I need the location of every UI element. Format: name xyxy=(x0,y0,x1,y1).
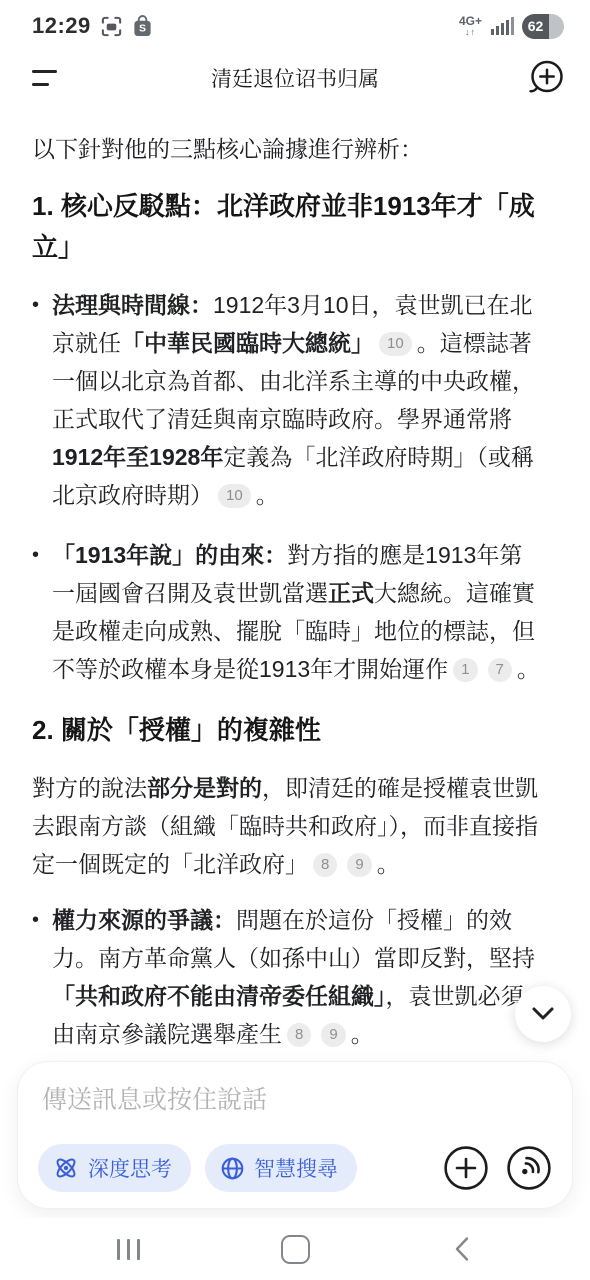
svg-text:S: S xyxy=(139,22,146,34)
bold-text: 「共和政府不能由清帝委任組織」 xyxy=(52,983,386,1009)
bold-text: 正式 xyxy=(328,580,374,606)
deep-think-label: 深度思考 xyxy=(88,1153,172,1183)
back-button[interactable] xyxy=(442,1229,482,1269)
scroll-to-bottom-button[interactable] xyxy=(515,986,571,1042)
text: 2. 關於「授權」的複雜性 xyxy=(32,715,321,745)
bold-text: 「1913年說」的由來： xyxy=(52,542,287,568)
text: 以下針對他的三點核心論據進行辨析： xyxy=(32,136,423,162)
text: 。 xyxy=(351,1021,374,1047)
list-item: •「1913年說」的由來：對方指的應是1913年第一屆國會召開及袁世凱當選正式大… xyxy=(32,536,554,688)
deep-think-button[interactable]: 深度思考 xyxy=(38,1144,191,1192)
bullet-marker: • xyxy=(32,286,52,514)
add-attachment-button[interactable] xyxy=(443,1145,489,1191)
citation-badge[interactable]: 9 xyxy=(321,1023,345,1047)
system-nav-bar xyxy=(0,1218,590,1280)
paragraph: 對方的說法部分是對的，即清廷的確是授權袁世凱去跟南方談（組織「臨時共和政府」），… xyxy=(32,769,554,883)
smart-search-button[interactable]: 智慧搜尋 xyxy=(205,1144,357,1192)
phone-screen: 12:29 S 4G+ xyxy=(0,0,590,1280)
citation-badge[interactable]: 10 xyxy=(379,332,412,356)
content: 以下針對他的三點核心論據進行辨析：1. 核心反駁點：北洋政府並非1913年才「成… xyxy=(0,104,590,1053)
citation-badge[interactable]: 9 xyxy=(347,853,371,877)
screenshot-icon xyxy=(100,15,123,38)
section-heading: 1. 核心反駁點：北洋政府並非1913年才「成立」 xyxy=(32,186,554,268)
page-title: 清廷退位诏书归属 xyxy=(0,63,590,93)
recents-icon xyxy=(117,1239,140,1260)
citation-badge[interactable]: 10 xyxy=(218,484,251,508)
text: 。 xyxy=(256,482,279,508)
citation-badge[interactable]: 8 xyxy=(313,853,337,877)
app-header: 清廷退位诏书归属 xyxy=(0,52,590,104)
citation-badge[interactable]: 8 xyxy=(287,1023,311,1047)
network-type-indicator: 4G+ ↓↑ xyxy=(459,15,482,37)
list-item: •權力來源的爭議：問題在於這份「授權」的效力。南方革命黨人（如孫中山）當即反對，… xyxy=(32,901,554,1053)
paragraph: 以下針對他的三點核心論據進行辨析： xyxy=(32,130,554,168)
status-bar: 12:29 S 4G+ xyxy=(0,0,590,52)
bold-text: 法理與時間線： xyxy=(52,292,213,318)
citation-badge[interactable]: 7 xyxy=(488,658,512,682)
bullet-marker: • xyxy=(32,536,52,688)
bold-text: 部分是對的 xyxy=(147,775,262,801)
text: 。 xyxy=(377,851,400,877)
back-chevron-icon xyxy=(454,1236,470,1262)
text: 對方的說法 xyxy=(32,775,147,801)
bold-text: 1912年至1928年 xyxy=(52,444,223,470)
composer-card: 深度思考 智慧搜尋 xyxy=(18,1062,572,1208)
text: 。 xyxy=(517,656,540,682)
signal-bars-icon xyxy=(490,16,514,36)
smart-search-label: 智慧搜尋 xyxy=(254,1153,338,1183)
clock: 12:29 xyxy=(32,13,91,39)
text: 1. 核心反駁點：北洋政府並非1913年才「成立」 xyxy=(32,191,535,262)
bold-text: 權力來源的爭議： xyxy=(52,907,236,933)
bold-text: 「中華民國臨時大總統」 xyxy=(121,330,374,356)
message-input[interactable] xyxy=(38,1086,560,1115)
citation-badge[interactable]: 1 xyxy=(453,658,477,682)
recents-button[interactable] xyxy=(108,1229,148,1269)
store-bag-icon: S xyxy=(132,15,153,38)
chevron-down-icon xyxy=(531,1006,555,1022)
bullet-marker: • xyxy=(32,901,52,1053)
battery-indicator: 62 xyxy=(522,14,564,39)
atom-icon xyxy=(53,1155,79,1181)
battery-percent: 62 xyxy=(522,14,549,39)
voice-mode-button[interactable] xyxy=(506,1145,552,1191)
home-button[interactable] xyxy=(275,1229,315,1269)
home-icon xyxy=(281,1235,310,1264)
globe-icon xyxy=(220,1156,245,1181)
section-heading: 2. 關於「授權」的複雜性 xyxy=(32,710,554,751)
list-item: •法理與時間線：1912年3月10日，袁世凱已在北京就任「中華民國臨時大總統」1… xyxy=(32,286,554,514)
